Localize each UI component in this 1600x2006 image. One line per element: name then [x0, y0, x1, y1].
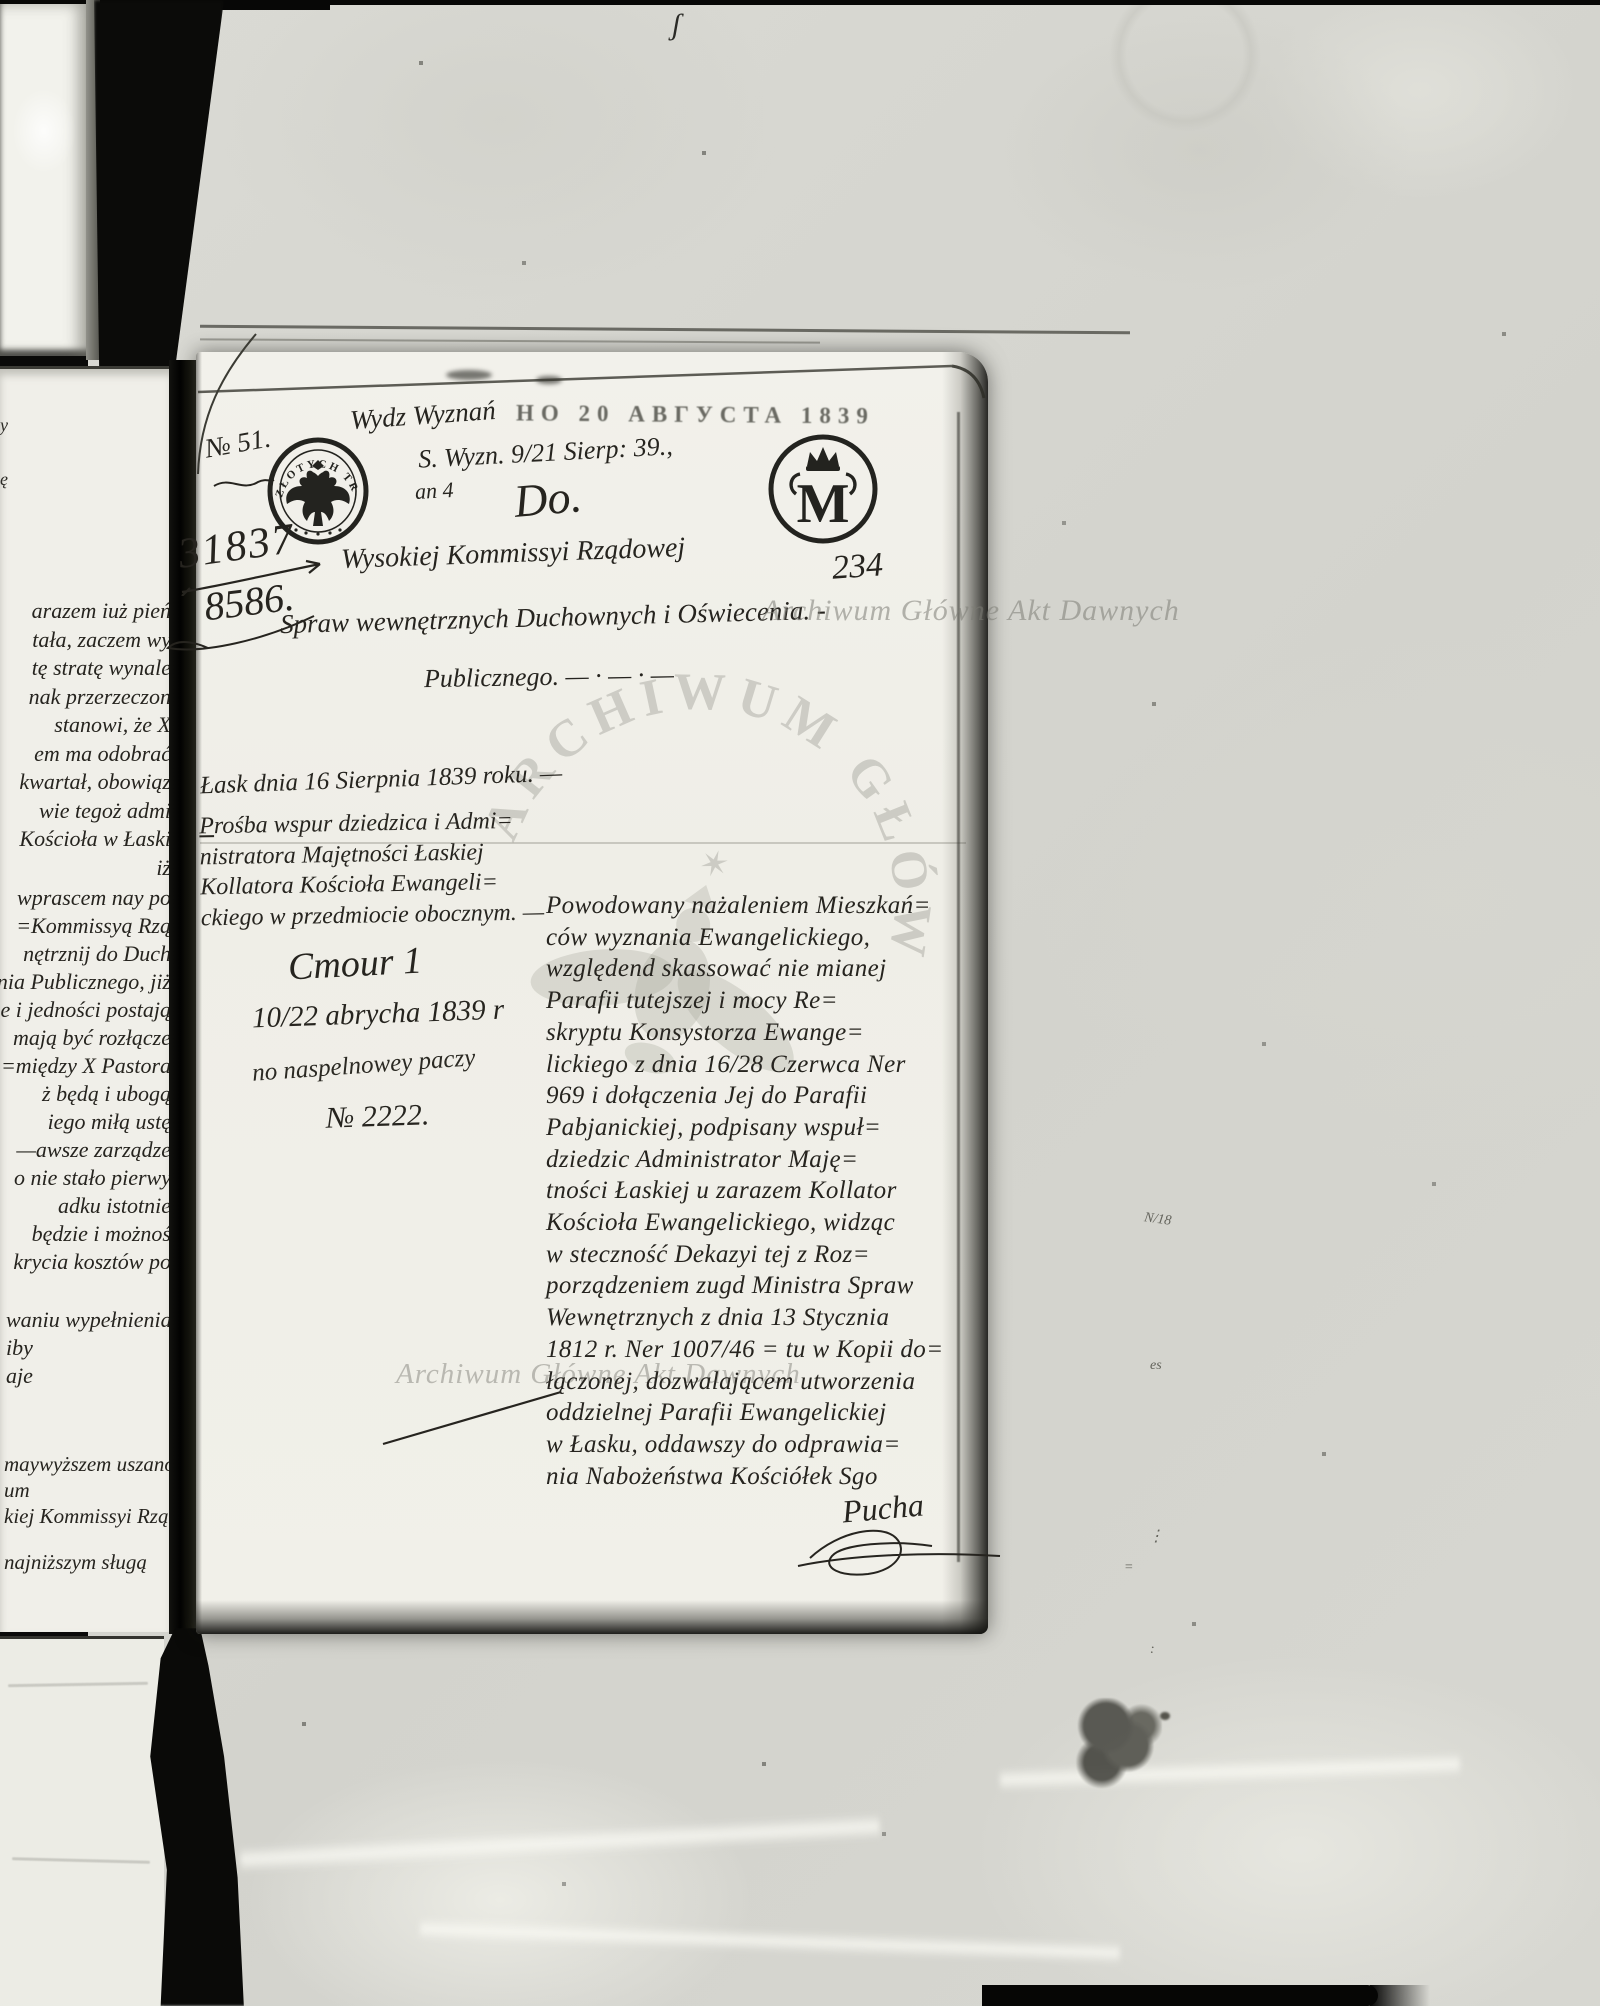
handwritten-line: tności Łaskiej u zarazem Kollator	[546, 1175, 976, 1207]
side-note-number: № 2222.	[325, 1098, 429, 1136]
handwritten-line: oddzielnej Parafii Ewangelickiej	[546, 1397, 976, 1429]
handwritten-line: iż	[1, 854, 171, 883]
handwritten-line: najniższym sługą	[4, 1549, 172, 1575]
handwritten-line: 969 i dołączenia Jej do Parafii	[546, 1080, 976, 1112]
handwritten-line: dziedzic Administrator Maję=	[546, 1144, 976, 1176]
handwritten-line: nak przerzeczon	[1, 683, 171, 712]
film-edge-bottom-fade	[1370, 1985, 1430, 2006]
signature-flourish	[796, 1524, 1006, 1588]
handwritten-line: względend skassować nie mianej	[546, 953, 976, 985]
handwritten-line: nętrznij do Duch	[1, 940, 171, 968]
handwritten-line: ż będą i ubogą	[1, 1080, 171, 1108]
handwritten-line: lickiego z dnia 16/28 Czerwca Ner	[546, 1049, 976, 1081]
neighbour-page-fragment-bottom-left	[0, 1636, 164, 2006]
handwritten-line: wprascem nay po	[1, 884, 171, 912]
handwritten-line: em ma odobrać	[1, 740, 171, 769]
paper-highlight	[12, 88, 76, 174]
handwritten-line: łączonej, dozwalającem utworzenia	[546, 1366, 976, 1398]
handwritten-line: adku istotnie	[1, 1192, 171, 1220]
handwritten-line: Powodowany nażaleniem Mieszkań=	[546, 890, 976, 922]
marginal-mark: es	[1150, 1358, 1162, 1374]
left-page-closing-block: maywyższem uszanowią.umkiej Kommissyi Rz…	[4, 1451, 172, 1575]
stray-letter: y	[0, 415, 8, 436]
marginal-mark: ⋮	[1148, 1526, 1164, 1546]
handwritten-line: w Łasku, oddawszy do odprawia=	[546, 1429, 976, 1461]
handwritten-line: skryptu Konsystorza Ewange=	[546, 1017, 976, 1049]
page-edge-smudge-bottom	[196, 1600, 988, 1634]
paper-crease	[8, 1682, 148, 1687]
handwritten-line: nia Publicznego, jiż	[1, 968, 171, 996]
side-note-summary: Prośba wspur dziedzica i Admi=nistratora…	[199, 805, 591, 934]
handwritten-line: e i jedności postają	[1, 996, 171, 1024]
handwritten-line: o nie stało pierwy	[1, 1164, 171, 1192]
ink-stain-dot	[1160, 1712, 1170, 1720]
received-date-stamp: НО 20 АВГУСТА 1839	[516, 400, 875, 429]
handwritten-line: Kommissyą Rzą=	[1, 912, 171, 940]
marginal-mark: :	[1150, 1642, 1155, 1658]
handwritten-line: między X Pastora=	[1, 1052, 171, 1080]
handwritten-line: arazem iuż pień	[1, 597, 171, 626]
handwritten-line: maywyższem uszanowią.	[4, 1451, 172, 1477]
marginal-marks: N/18es⋮=:	[1140, 1212, 1200, 1672]
handwritten-line: mają być rozłącze	[1, 1024, 171, 1052]
fee-seal-zlotych-trzy: ZŁOTYCH TRZY	[266, 436, 370, 546]
archival-scan: y ę arazem iuż pieńtała, zaczem wytę str…	[0, 0, 1600, 2006]
left-page-text-block-upper: arazem iuż pieńtała, zaczem wytę stratę …	[1, 597, 171, 882]
handwritten-line: ców wyznania Ewangelickiego,	[546, 922, 976, 954]
left-partial-page: y ę arazem iuż pieńtała, zaczem wytę str…	[0, 366, 172, 1632]
handwritten-line: wie tegoż admi	[1, 797, 171, 826]
stray-pen-curl: ʃ	[672, 8, 681, 42]
handwritten-line: w steczność Dekazyi tej z Roz=	[546, 1239, 976, 1271]
handwritten-line: um	[4, 1477, 172, 1503]
main-document-page: ARCHIWUM GŁÓWNE ✶ Archiwum Główne Akt Da…	[196, 352, 988, 1634]
petition-body-text: Powodowany nażaleniem Mieszkań=ców wyzna…	[546, 890, 976, 1492]
handwritten-line: Kościoła w Łaski	[1, 825, 171, 854]
monogram-seal-m: M	[766, 432, 880, 546]
marginal-mark: N/18	[1143, 1210, 1172, 1230]
handwritten-line: aje	[6, 1362, 172, 1390]
paper-crease	[12, 1857, 150, 1864]
folio-number: 234	[831, 546, 885, 587]
crown-icon	[806, 447, 840, 471]
handwritten-line: iego miłą ustę	[1, 1108, 171, 1136]
handwritten-line: waniu wypełnienia	[6, 1306, 172, 1334]
handwritten-line: awsze zarządze—	[1, 1136, 171, 1164]
long-pen-stroke	[381, 1388, 565, 1446]
monogram-letter: M	[797, 473, 850, 535]
handwritten-line: tała, zaczem wy	[1, 626, 171, 655]
ink-stain-blob	[1076, 1698, 1162, 1790]
handwritten-line: stanowi, że X	[1, 711, 171, 740]
handwritten-line: Pabjanickiej, podpisany wspuł=	[546, 1112, 976, 1144]
header-annotation: an 4	[414, 477, 454, 505]
film-edge-bottom	[982, 1985, 1378, 2006]
handwritten-line: Parafii tutejszej i mocy Re=	[546, 985, 976, 1017]
handwritten-line: kwartał, obowiąz	[1, 768, 171, 797]
neighbour-page-fragment-top-left	[0, 4, 90, 356]
ghost-star: ✶	[693, 841, 734, 888]
archive-watermark-upper: Archiwum Główne Akt Dawnych	[762, 594, 1180, 628]
left-page-text-block-lower: waniu wypełnieniaibyaje	[6, 1306, 172, 1390]
handwritten-line: 1812 r. Ner 1007/46 = tu w Kopii do=	[546, 1334, 976, 1366]
header-addressee-line3: Publicznego. — ∙ — ∙ —	[424, 660, 674, 694]
handwritten-line: Kościoła Ewangelickiego, widząc	[546, 1207, 976, 1239]
handwritten-line: krycia kosztów po	[1, 1248, 171, 1276]
header-do: Do.	[512, 469, 584, 528]
left-page-text-block-middle: wprascem nay poKommissyą Rzą=nętrznij do…	[1, 884, 171, 1276]
handwritten-line: kiej Kommissyi Rządowej	[4, 1503, 172, 1529]
handwritten-line: porządzeniem zugd Ministra Spraw	[546, 1270, 976, 1302]
stray-letter: ę	[0, 469, 8, 490]
marginal-mark: =	[1124, 1560, 1133, 1576]
handwritten-line: iby	[6, 1334, 172, 1362]
handwritten-line: Wewnętrznych z dnia 13 Stycznia	[546, 1302, 976, 1334]
side-note-mark: Cmour 1	[287, 939, 423, 990]
handwritten-line: będzie i możnoś	[1, 1220, 171, 1248]
handwritten-line: tę stratę wynale	[1, 654, 171, 683]
